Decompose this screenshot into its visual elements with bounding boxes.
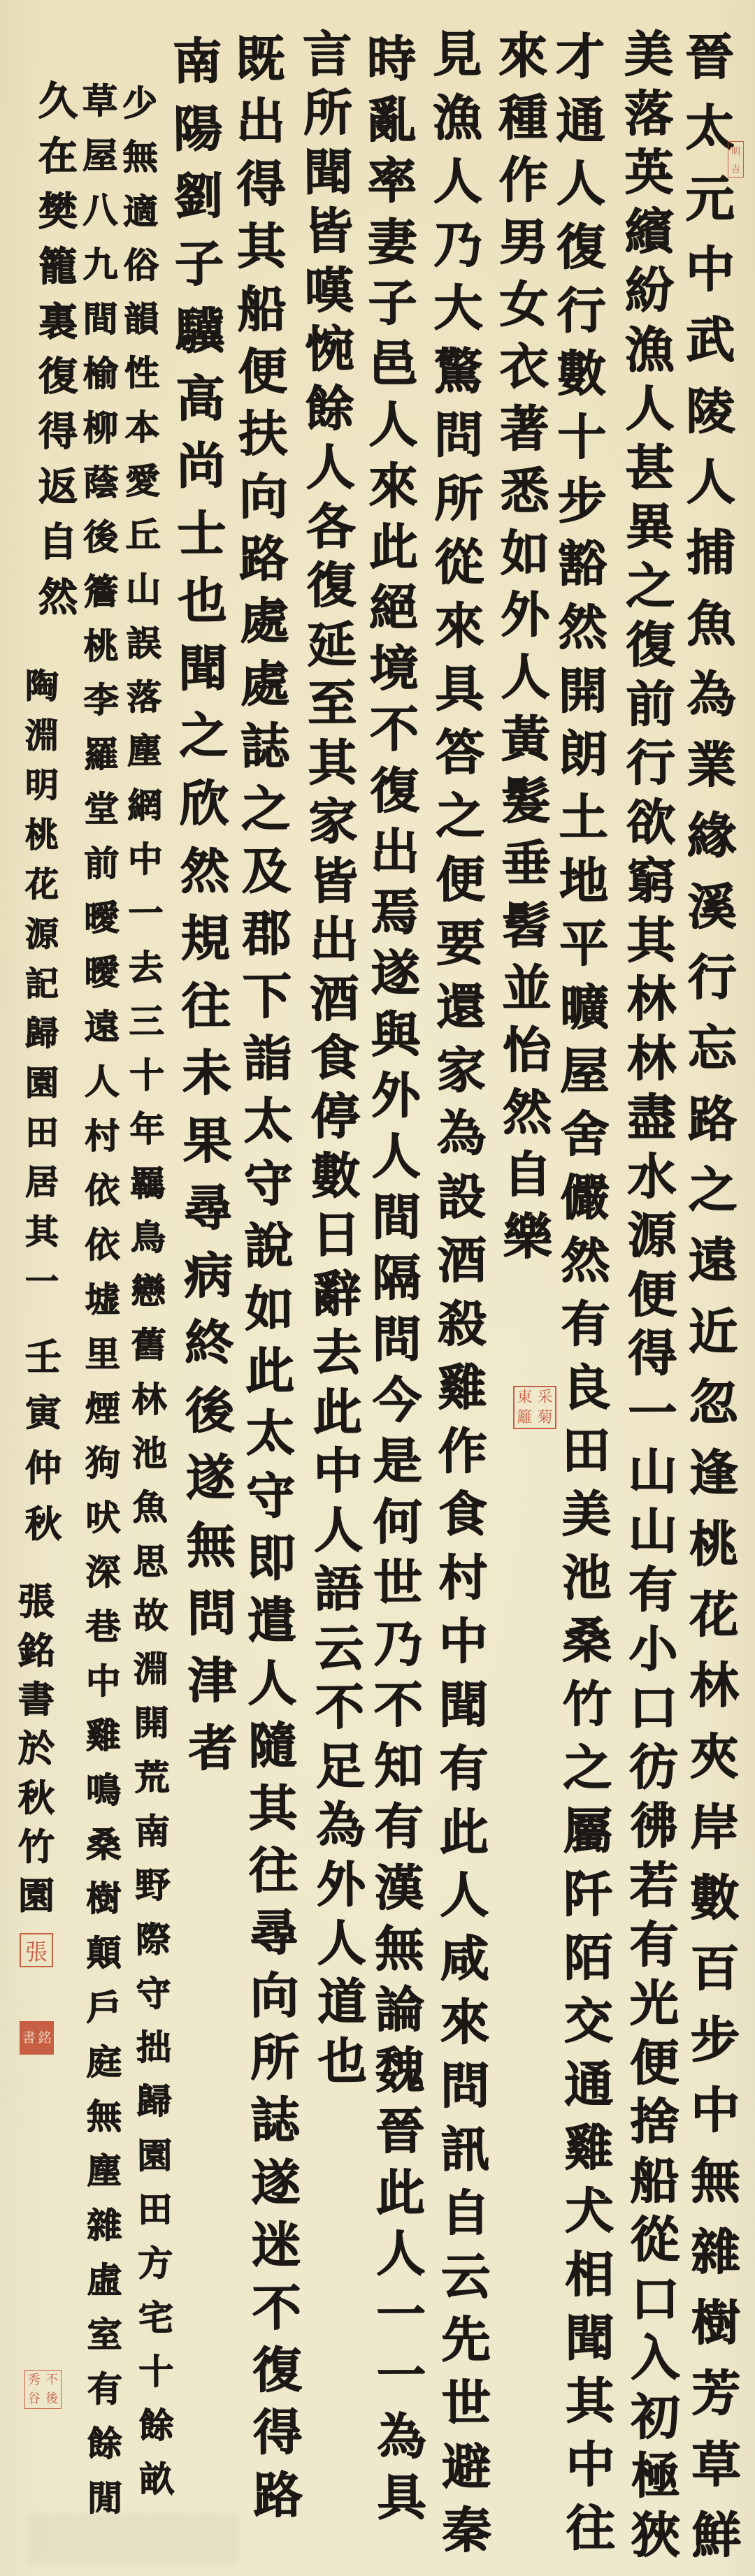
calligraphy-character: 依 bbox=[85, 1173, 120, 1208]
calligraphy-character: 聞 bbox=[566, 2313, 614, 2362]
calligraphy-character: 郡 bbox=[242, 909, 292, 959]
calligraphy-character: 向 bbox=[250, 1971, 299, 2020]
calligraphy-character: 出 bbox=[310, 916, 359, 965]
calligraphy-character: 復 bbox=[252, 2346, 302, 2396]
calligraphy-character: 士 bbox=[177, 509, 226, 558]
calligraphy-character: 子 bbox=[175, 239, 224, 289]
name-seal-zhang: 張 bbox=[20, 1933, 53, 1967]
calligraphy-character: 李 bbox=[84, 683, 119, 718]
calligraphy-character: 便 bbox=[630, 2038, 679, 2087]
calligraphy-character: 思 bbox=[133, 1544, 168, 1579]
calligraphy-character: 不 bbox=[370, 705, 419, 754]
calligraphy-character: 中 bbox=[128, 842, 163, 877]
calligraphy-character: 開 bbox=[559, 666, 607, 715]
calligraphy-character: 居 bbox=[25, 1166, 59, 1199]
seal-character: 張 bbox=[25, 1934, 48, 1967]
calligraphy-character: 其 bbox=[25, 1215, 59, 1249]
calligraphy-character: 復 bbox=[556, 223, 605, 272]
calligraphy-character: 簷 bbox=[83, 574, 118, 609]
calligraphy-character: 至 bbox=[308, 679, 357, 729]
calligraphy-character: 水 bbox=[627, 1152, 676, 1201]
calligraphy-character: 盡 bbox=[627, 1093, 676, 1142]
calligraphy-character: 依 bbox=[85, 1228, 120, 1263]
calligraphy-character: 及 bbox=[242, 847, 292, 897]
calligraphy-character: 來 bbox=[435, 601, 484, 650]
calligraphy-character: 有 bbox=[628, 1565, 677, 1614]
calligraphy-character: 中 bbox=[86, 1664, 121, 1699]
calligraphy-character: 落 bbox=[127, 680, 161, 715]
calligraphy-character: 源 bbox=[628, 1211, 677, 1260]
calligraphy-character: 從 bbox=[435, 538, 484, 587]
calligraphy-character: 聞 bbox=[439, 1681, 488, 1730]
calligraphy-character: 無 bbox=[187, 1521, 236, 1571]
seal-character: 谷 bbox=[25, 2389, 43, 2408]
calligraphy-character: 數 bbox=[690, 1874, 739, 1923]
calligraphy-character: 還 bbox=[436, 983, 485, 1032]
calligraphy-character: 聞 bbox=[303, 148, 353, 198]
calligraphy-character: 樊 bbox=[38, 192, 78, 231]
calligraphy-character: 守 bbox=[244, 1159, 294, 1208]
calligraphy-character: 曖 bbox=[84, 901, 119, 936]
calligraphy-character: 歸 bbox=[25, 1017, 59, 1050]
name-seal-ming: 銘 書 bbox=[20, 2021, 54, 2055]
calligraphy-character: 通 bbox=[564, 2060, 613, 2109]
calligraphy-character: 然 bbox=[38, 578, 78, 617]
calligraphy-character: 十 bbox=[557, 413, 606, 462]
calligraphy-character: 之 bbox=[436, 792, 484, 841]
main-column-3: 才通人復行數十步豁然開朗土地平曠屋舍儼然有良田美池桑竹之屬阡陌交通雞犬相聞其中往 bbox=[549, 33, 622, 2553]
calligraphy-character: 妻 bbox=[368, 218, 417, 267]
calligraphy-character: 中 bbox=[566, 2440, 614, 2489]
calligraphy-character: 室 bbox=[87, 2317, 122, 2352]
calligraphy-character: 溪 bbox=[687, 883, 736, 932]
calligraphy-character: 桑 bbox=[562, 1616, 611, 1665]
calligraphy-character: 所 bbox=[250, 2034, 300, 2083]
calligraphy-character: 世 bbox=[442, 2379, 491, 2428]
calligraphy-character: 墟 bbox=[85, 1282, 120, 1317]
calligraphy-character: 復 bbox=[370, 766, 419, 815]
calligraphy-character: 人 bbox=[625, 384, 674, 433]
calligraphy-character: 光 bbox=[630, 1979, 679, 2028]
calligraphy-character: 雞 bbox=[438, 1363, 487, 1412]
calligraphy-character: 今 bbox=[373, 1376, 422, 1425]
calligraphy-character: 美 bbox=[624, 30, 673, 79]
calligraphy-character: 芳 bbox=[691, 2369, 740, 2418]
calligraphy-character: 然 bbox=[503, 1088, 552, 1137]
calligraphy-character: 便 bbox=[238, 347, 287, 397]
calligraphy-character: 家 bbox=[308, 797, 358, 847]
calligraphy-character: 中 bbox=[439, 1617, 488, 1666]
calligraphy-character: 足 bbox=[315, 1742, 365, 1791]
main-column-1: 晉太元中武陵人捕魚為業緣溪行忘路之遠近忽逢桃花林夾岸數百步中無雜樹芳草鮮 bbox=[678, 33, 748, 2560]
calligraphy-character: 外 bbox=[371, 1071, 420, 1120]
calligraphy-character: 路 bbox=[688, 1095, 737, 1144]
calligraphy-character: 業 bbox=[687, 741, 736, 790]
calligraphy-character: 陶 bbox=[25, 670, 59, 703]
calligraphy-character: 榆 bbox=[83, 356, 118, 391]
calligraphy-character: 初 bbox=[631, 2393, 679, 2442]
calligraphy-character: 見 bbox=[433, 30, 482, 79]
calligraphy-character: 竹 bbox=[563, 1680, 612, 1729]
seal-character: 不 bbox=[43, 2371, 62, 2389]
calligraphy-character: 殺 bbox=[438, 1300, 487, 1349]
calligraphy-character: 有 bbox=[561, 1300, 610, 1349]
calligraphy-character: 林 bbox=[690, 1661, 739, 1710]
calligraphy-character: 久 bbox=[38, 82, 78, 121]
calligraphy-character: 云 bbox=[315, 1623, 364, 1673]
calligraphy-character: 為 bbox=[377, 2412, 426, 2461]
calligraphy-character: 病 bbox=[184, 1251, 233, 1301]
artist-signature: 張銘書於秋竹園 bbox=[14, 1584, 59, 1915]
calligraphy-character: 在 bbox=[38, 137, 78, 176]
calligraphy-character: 晉 bbox=[375, 2107, 424, 2156]
calligraphy-character: 塵 bbox=[127, 734, 162, 769]
calligraphy-character: 太 bbox=[243, 1097, 293, 1146]
calligraphy-character: 言 bbox=[303, 30, 352, 80]
calligraphy-character: 人 bbox=[247, 1658, 297, 1708]
calligraphy-character: 人 bbox=[314, 1505, 364, 1555]
calligraphy-character: 屋 bbox=[82, 138, 117, 173]
calligraphy-character: 所 bbox=[434, 475, 483, 523]
calligraphy-character: 良 bbox=[561, 1363, 610, 1412]
calligraphy-character: 閒 bbox=[87, 2481, 122, 2516]
calligraphy-character: 才 bbox=[556, 33, 605, 82]
calligraphy-character: 愛 bbox=[125, 464, 160, 499]
calligraphy-character: 夾 bbox=[690, 1732, 739, 1781]
calligraphy-character: 裏 bbox=[38, 303, 78, 342]
calligraphy-character: 魚 bbox=[686, 599, 735, 648]
calligraphy-character: 彿 bbox=[629, 1802, 678, 1851]
calligraphy-character: 焉 bbox=[371, 888, 419, 937]
calligraphy-character: 也 bbox=[318, 2037, 368, 2087]
calligraphy-character: 少 bbox=[122, 86, 157, 121]
calligraphy-character: 髫 bbox=[502, 902, 551, 950]
calligraphy-character: 戀 bbox=[131, 1274, 166, 1309]
corner-leisure-seal: 不 後 秀 谷 bbox=[24, 2370, 62, 2409]
calligraphy-character: 捨 bbox=[630, 2097, 679, 2146]
calligraphy-character: 復 bbox=[38, 357, 78, 396]
calligraphy-character: 三 bbox=[129, 1004, 164, 1039]
calligraphy-character: 然 bbox=[558, 603, 607, 652]
calligraphy-character: 種 bbox=[498, 94, 547, 143]
calligraphy-character: 復 bbox=[307, 561, 357, 611]
calligraphy-character: 酒 bbox=[438, 1236, 487, 1285]
calligraphy-character: 甚 bbox=[626, 444, 675, 493]
seal-character: 秀 bbox=[25, 2371, 43, 2389]
calligraphy-character: 路 bbox=[254, 2470, 303, 2520]
calligraphy-character: 此 bbox=[369, 523, 418, 572]
calligraphy-character: 誌 bbox=[240, 722, 290, 772]
calligraphy-character: 一 bbox=[377, 2351, 426, 2400]
calligraphy-character: 數 bbox=[557, 349, 606, 398]
calligraphy-character: 開 bbox=[134, 1706, 169, 1741]
calligraphy-character: 曖 bbox=[85, 955, 120, 990]
calligraphy-character: 往 bbox=[566, 2503, 615, 2552]
calligraphy-character: 漁 bbox=[433, 94, 482, 143]
calligraphy-character: 桑 bbox=[86, 1827, 121, 1862]
calligraphy-character: 得 bbox=[628, 1329, 677, 1378]
calligraphy-character: 男 bbox=[499, 218, 548, 267]
calligraphy-character: 劉 bbox=[174, 172, 224, 222]
calligraphy-character: 落 bbox=[624, 89, 673, 138]
calligraphy-character: 得 bbox=[236, 159, 286, 209]
calligraphy-character: 村 bbox=[85, 1119, 120, 1154]
calligraphy-character: 無 bbox=[123, 140, 158, 175]
calligraphy-character: 其 bbox=[627, 916, 676, 965]
calligraphy-character: 秋 bbox=[25, 1507, 62, 1543]
calligraphy-character: 要 bbox=[436, 919, 485, 968]
calligraphy-character: 小 bbox=[628, 1625, 677, 1674]
calligraphy-character: 山 bbox=[628, 1447, 677, 1496]
calligraphy-character: 來 bbox=[369, 461, 418, 510]
calligraphy-character: 遂 bbox=[186, 1454, 236, 1503]
calligraphy-character: 為 bbox=[316, 1801, 366, 1851]
calligraphy-character: 雞 bbox=[565, 2123, 614, 2172]
calligraphy-character: 論 bbox=[375, 1985, 424, 2034]
poem-column-2: 草屋八九間榆柳蔭後簷桃李羅堂前曖曖遠人村依依墟里煙狗吠深巷中雞鳴桑樹顛戶庭無塵雜… bbox=[78, 84, 127, 2516]
calligraphy-character: 步 bbox=[691, 2016, 740, 2064]
poem-column-3: 久在樊籠裏復得返自然 bbox=[36, 82, 80, 617]
calligraphy-character: 花 bbox=[689, 1591, 738, 1640]
calligraphy-character: 畝 bbox=[139, 2462, 174, 2497]
calligraphy-character: 外 bbox=[317, 1860, 366, 1909]
calligraphy-character: 有 bbox=[87, 2372, 122, 2407]
calligraphy-character: 之 bbox=[179, 711, 229, 761]
calligraphy-character: 人 bbox=[85, 1064, 120, 1099]
calligraphy-character: 書 bbox=[18, 1682, 55, 1718]
calligraphy-character: 英 bbox=[624, 148, 673, 197]
calligraphy-character: 隔 bbox=[372, 1254, 421, 1303]
calligraphy-character: 南 bbox=[135, 1814, 170, 1849]
calligraphy-character: 間 bbox=[83, 302, 118, 337]
calligraphy-character: 狗 bbox=[85, 1446, 120, 1481]
calligraphy-character: 說 bbox=[244, 1222, 294, 1271]
calligraphy-character: 衣 bbox=[500, 342, 549, 391]
calligraphy-character: 下 bbox=[243, 971, 292, 1021]
calligraphy-character: 樹 bbox=[86, 1881, 121, 1916]
calligraphy-character: 晉 bbox=[685, 33, 734, 82]
calligraphy-character: 不 bbox=[315, 1683, 365, 1732]
calligraphy-character: 其 bbox=[248, 1783, 298, 1833]
calligraphy-character: 境 bbox=[370, 644, 419, 693]
calligraphy-character: 怡 bbox=[503, 1026, 552, 1075]
calligraphy-character: 人 bbox=[368, 400, 417, 449]
calligraphy-character: 園 bbox=[25, 1066, 59, 1100]
calligraphy-character: 自 bbox=[38, 523, 78, 562]
calligraphy-character: 樂 bbox=[503, 1213, 552, 1261]
calligraphy-character: 一 bbox=[628, 1389, 677, 1438]
calligraphy-character: 紛 bbox=[625, 266, 674, 315]
calligraphy-character: 行 bbox=[557, 286, 606, 335]
calligraphy-character: 有 bbox=[630, 1920, 679, 1969]
calligraphy-character: 百 bbox=[691, 1944, 740, 1993]
calligraphy-character: 果 bbox=[182, 1116, 232, 1166]
calligraphy-character: 彷 bbox=[629, 1743, 678, 1792]
calligraphy-character: 里 bbox=[85, 1337, 120, 1372]
calligraphy-character: 曠 bbox=[560, 983, 609, 1032]
calligraphy-character: 遠 bbox=[85, 1010, 120, 1045]
calligraphy-character: 際 bbox=[136, 1922, 171, 1957]
calligraphy-character: 延 bbox=[307, 620, 357, 670]
calligraphy-character: 何 bbox=[373, 1498, 422, 1547]
calligraphy-character: 舊 bbox=[131, 1328, 166, 1363]
calligraphy-character: 聞 bbox=[178, 644, 228, 694]
calligraphy-character: 柳 bbox=[83, 411, 118, 446]
calligraphy-character: 近 bbox=[689, 1308, 738, 1356]
calligraphy-character: 時 bbox=[367, 35, 416, 84]
calligraphy-character: 既 bbox=[236, 35, 285, 85]
calligraphy-character: 處 bbox=[240, 597, 289, 646]
calligraphy-character: 虛 bbox=[87, 2263, 122, 2298]
calligraphy-character: 率 bbox=[368, 157, 417, 205]
calligraphy-character: 一 bbox=[377, 2290, 426, 2339]
calligraphy-character: 髮 bbox=[501, 777, 550, 826]
calligraphy-character: 去 bbox=[312, 1329, 362, 1378]
calligraphy-character: 便 bbox=[436, 855, 485, 904]
calligraphy-character: 村 bbox=[438, 1554, 487, 1602]
calligraphy-character: 復 bbox=[626, 621, 675, 670]
seal-character: 籬 bbox=[515, 1408, 535, 1428]
calligraphy-character: 迷 bbox=[252, 2221, 301, 2271]
calligraphy-character: 漢 bbox=[375, 1863, 424, 1912]
calligraphy-character: 後 bbox=[83, 520, 118, 555]
calligraphy-character: 有 bbox=[375, 1802, 424, 1851]
calligraphy-character: 陵 bbox=[686, 386, 735, 435]
calligraphy-character: 問 bbox=[434, 411, 483, 460]
calligraphy-character: 自 bbox=[441, 2189, 490, 2238]
calligraphy-character: 仲 bbox=[25, 1451, 62, 1487]
calligraphy-character: 無 bbox=[691, 2157, 740, 2206]
calligraphy-character: 誌 bbox=[251, 2096, 301, 2146]
main-column-5: 見漁人乃大驚問所從來具答之便要還家為設酒殺雞作食村中聞有此人咸來問訊自云先世避秦 bbox=[426, 30, 498, 2555]
calligraphy-character: 皆 bbox=[304, 207, 354, 256]
calligraphy-character: 先 bbox=[442, 2315, 491, 2364]
calligraphy-character: 庭 bbox=[87, 2045, 122, 2080]
calligraphy-character: 秋 bbox=[18, 1781, 55, 1817]
calligraphy-character: 陽 bbox=[173, 104, 223, 154]
calligraphy-character: 返 bbox=[38, 468, 78, 507]
calligraphy-character: 塵 bbox=[87, 2154, 122, 2189]
calligraphy-character: 即 bbox=[247, 1534, 296, 1584]
calligraphy-character: 遂 bbox=[251, 2158, 301, 2208]
calligraphy-character: 林 bbox=[627, 1034, 676, 1083]
calligraphy-character: 狹 bbox=[631, 2511, 680, 2560]
main-column-4: 來種作男女衣著悉如外人黃髮垂髫並怡然自樂 bbox=[491, 31, 559, 1261]
calligraphy-character: 田 bbox=[138, 2192, 173, 2227]
calligraphy-character: 九 bbox=[82, 247, 117, 282]
calligraphy-character: 餘 bbox=[87, 2426, 122, 2461]
calligraphy-character: 交 bbox=[564, 1997, 613, 2046]
calligraphy-character: 也 bbox=[178, 577, 227, 626]
calligraphy-character: 有 bbox=[439, 1744, 488, 1793]
calligraphy-character: 相 bbox=[565, 2250, 614, 2299]
calligraphy-character: 未 bbox=[182, 1049, 231, 1099]
calligraphy-character: 去 bbox=[129, 950, 164, 985]
calligraphy-character: 田 bbox=[25, 1116, 59, 1150]
calligraphy-character: 前 bbox=[84, 846, 119, 881]
calligraphy-character: 地 bbox=[559, 856, 608, 905]
calligraphy-character: 人 bbox=[433, 157, 482, 206]
calligraphy-character: 從 bbox=[631, 2215, 679, 2264]
calligraphy-character: 者 bbox=[188, 1723, 238, 1773]
calligraphy-character: 中 bbox=[313, 1447, 363, 1496]
calligraphy-character: 南 bbox=[173, 37, 222, 87]
calligraphy-character: 步 bbox=[558, 476, 607, 525]
calligraphy-character: 行 bbox=[626, 739, 675, 788]
calligraphy-character: 處 bbox=[240, 659, 290, 709]
calligraphy-character: 問 bbox=[440, 2062, 489, 2111]
calligraphy-character: 雜 bbox=[87, 2208, 122, 2243]
calligraphy-character: 網 bbox=[127, 788, 162, 823]
calligraphy-character: 異 bbox=[626, 502, 675, 551]
calligraphy-character: 無 bbox=[87, 2099, 122, 2134]
calligraphy-character: 數 bbox=[311, 1152, 361, 1201]
calligraphy-character: 女 bbox=[499, 280, 548, 329]
calligraphy-character: 守 bbox=[246, 1471, 296, 1521]
calligraphy-character: 其 bbox=[308, 738, 358, 788]
calligraphy-character: 宅 bbox=[138, 2300, 173, 2335]
calligraphy-character: 故 bbox=[133, 1598, 168, 1633]
calligraphy-character: 十 bbox=[138, 2354, 173, 2389]
calligraphy-character: 答 bbox=[436, 728, 484, 777]
calligraphy-character: 作 bbox=[438, 1426, 487, 1475]
calligraphy-character: 野 bbox=[135, 1868, 170, 1903]
calligraphy-character: 之 bbox=[241, 784, 291, 834]
calligraphy-character: 為 bbox=[437, 1109, 486, 1158]
calligraphy-character: 方 bbox=[138, 2246, 173, 2281]
calligraphy-character: 蔭 bbox=[83, 465, 118, 500]
calligraphy-character: 來 bbox=[498, 31, 547, 80]
calligraphy-character: 停 bbox=[310, 1092, 360, 1142]
calligraphy-character: 向 bbox=[239, 472, 289, 521]
calligraphy-character: 其 bbox=[237, 222, 287, 272]
calligraphy-character: 銘 bbox=[18, 1633, 55, 1670]
calligraphy-character: 竹 bbox=[18, 1830, 55, 1866]
seal-character: 後 bbox=[43, 2389, 62, 2408]
seal-character: 菊 bbox=[535, 1408, 555, 1428]
calligraphy-character: 遠 bbox=[689, 1236, 738, 1285]
calligraphy-character: 一 bbox=[128, 896, 163, 931]
calligraphy-character: 記 bbox=[25, 967, 59, 1001]
calligraphy-character: 雞 bbox=[86, 1718, 121, 1753]
calligraphy-character: 犬 bbox=[565, 2187, 614, 2236]
calligraphy-character: 荒 bbox=[134, 1760, 169, 1795]
calligraphy-character: 俗 bbox=[124, 248, 159, 283]
calligraphy-character: 人 bbox=[317, 1919, 366, 1969]
calligraphy-character: 陌 bbox=[563, 1934, 612, 1983]
inscription-title: 陶淵明桃花源記歸園田居其一 bbox=[20, 670, 64, 1298]
calligraphy-character: 鳴 bbox=[86, 1772, 121, 1807]
calligraphy-character: 壬 bbox=[25, 1340, 62, 1376]
calligraphy-character: 不 bbox=[374, 1681, 423, 1730]
calligraphy-character: 訊 bbox=[441, 2125, 490, 2174]
inscription-date: 壬寅仲秋 bbox=[21, 1340, 66, 1543]
calligraphy-character: 吠 bbox=[85, 1500, 120, 1535]
calligraphy-character: 出 bbox=[236, 97, 286, 147]
calligraphy-character: 隨 bbox=[248, 1721, 298, 1771]
calligraphy-character: 人 bbox=[372, 1132, 421, 1181]
calligraphy-character: 得 bbox=[253, 2408, 303, 2458]
calligraphy-character: 魏 bbox=[375, 2046, 424, 2095]
calligraphy-character: 草 bbox=[82, 84, 117, 119]
calligraphy-character: 中 bbox=[686, 245, 735, 294]
calligraphy-character: 辭 bbox=[312, 1270, 361, 1319]
calligraphy-character: 咸 bbox=[440, 1934, 489, 1983]
calligraphy-character: 此 bbox=[376, 2168, 425, 2217]
calligraphy-character: 外 bbox=[501, 591, 549, 639]
calligraphy-character: 自 bbox=[503, 1150, 552, 1199]
calligraphy-character: 深 bbox=[85, 1555, 120, 1590]
